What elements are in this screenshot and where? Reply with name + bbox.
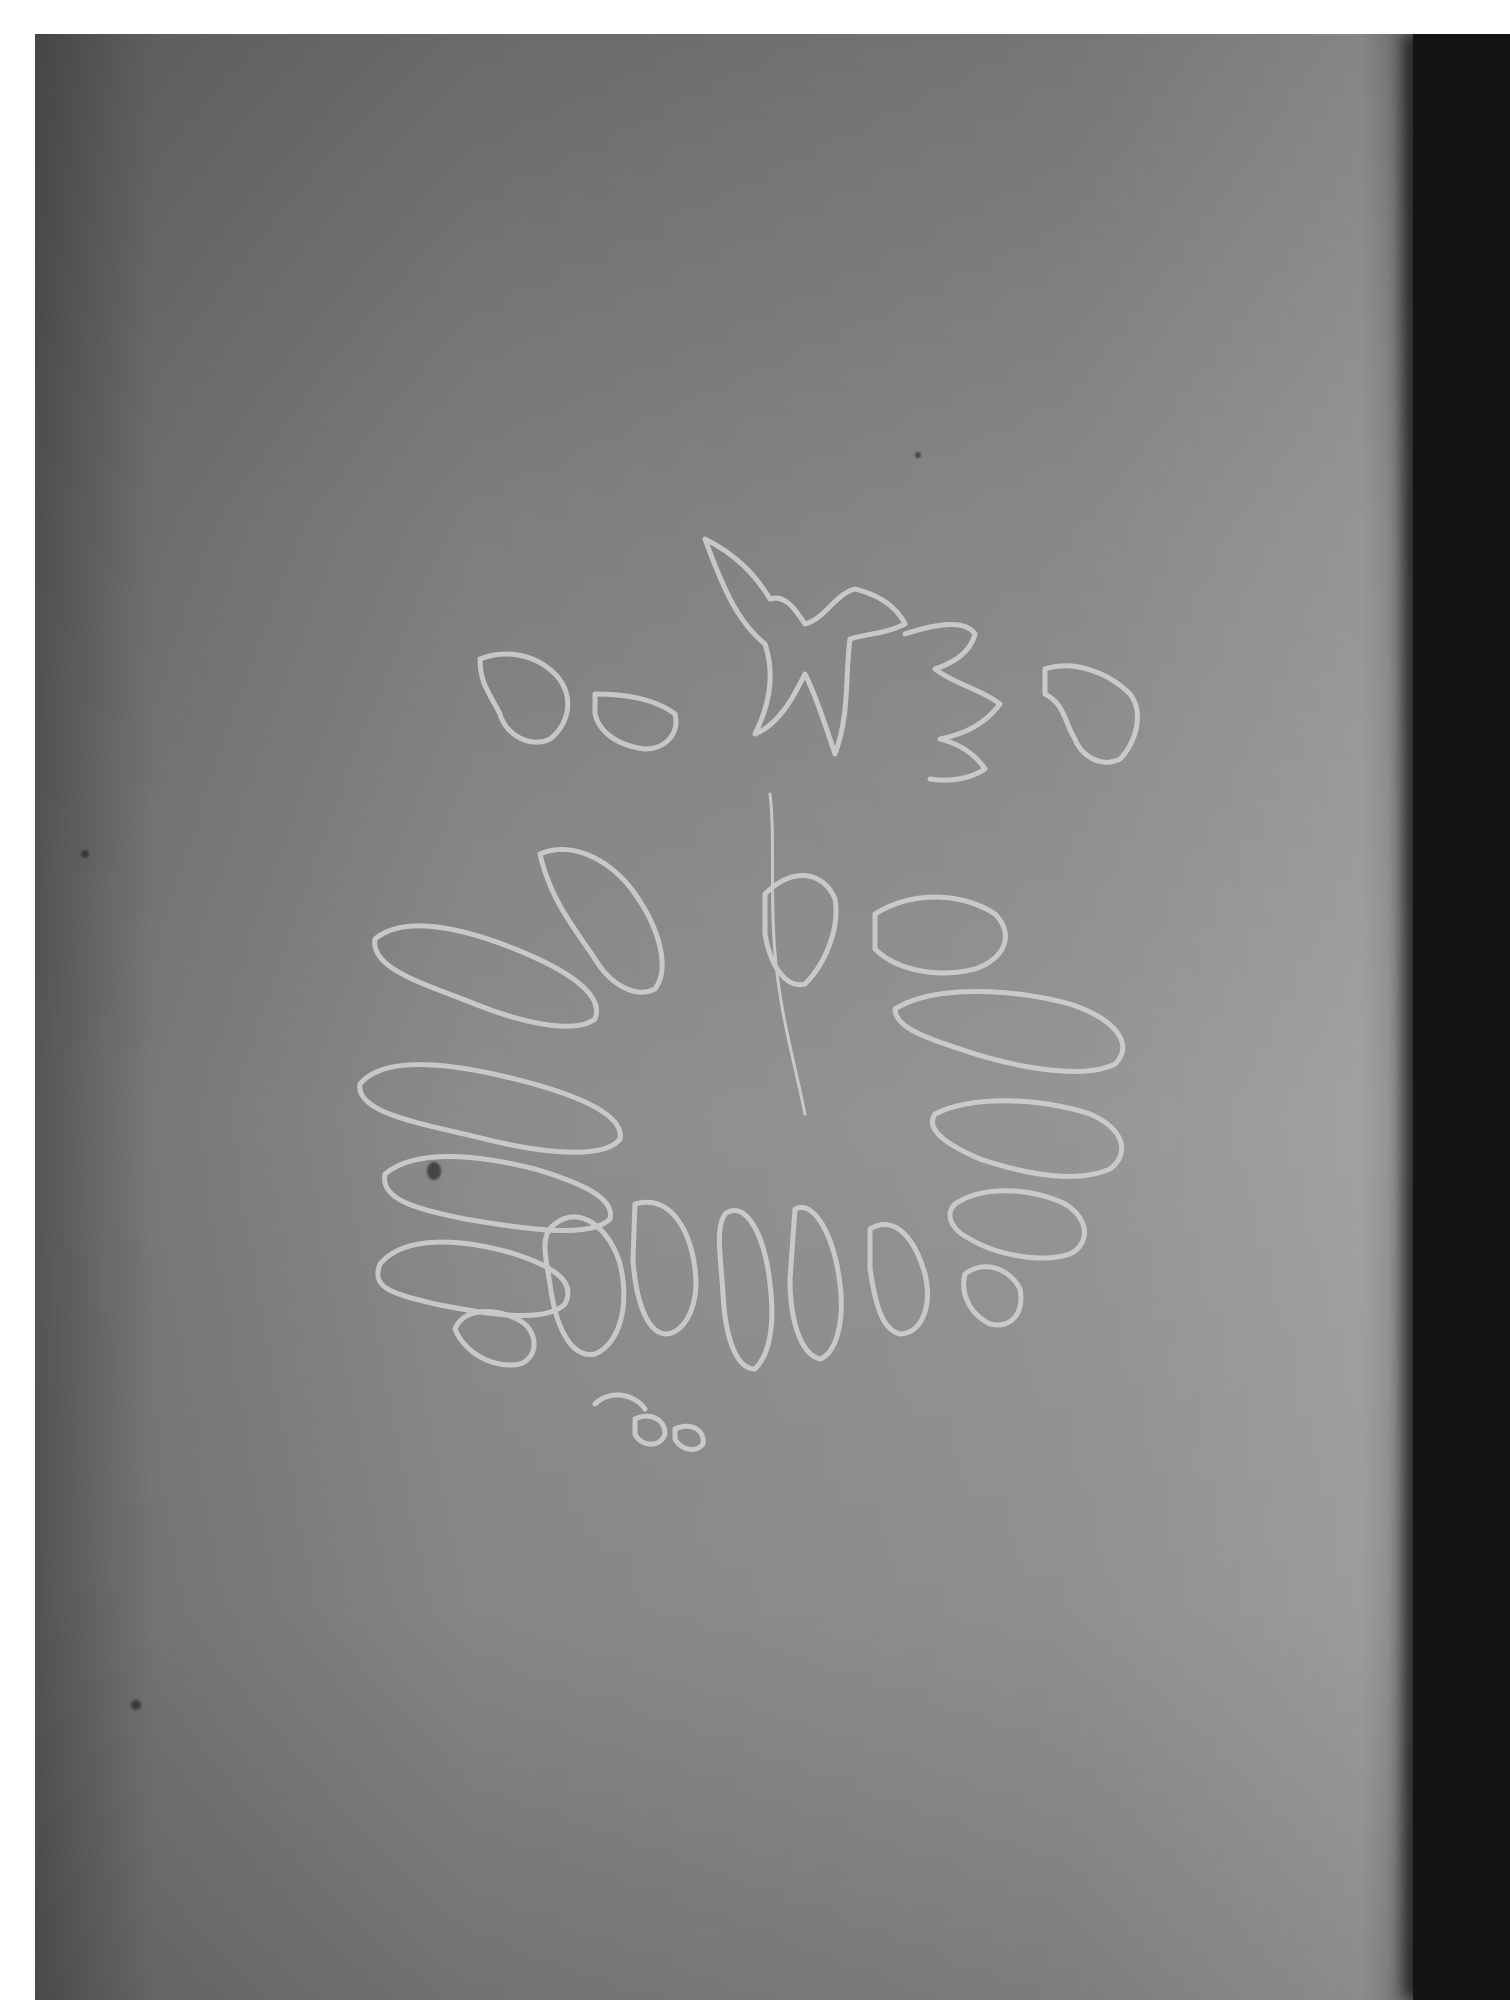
left-ruler-ticks [0, 0, 35, 2000]
scanned-page [35, 34, 1510, 2000]
left-ruler [0, 0, 35, 2000]
top-ruler-ticks [0, 0, 1510, 34]
scanner-dark-edge [1413, 34, 1510, 2000]
eagle-watermark [35, 34, 1510, 2000]
top-ruler [0, 0, 1510, 34]
